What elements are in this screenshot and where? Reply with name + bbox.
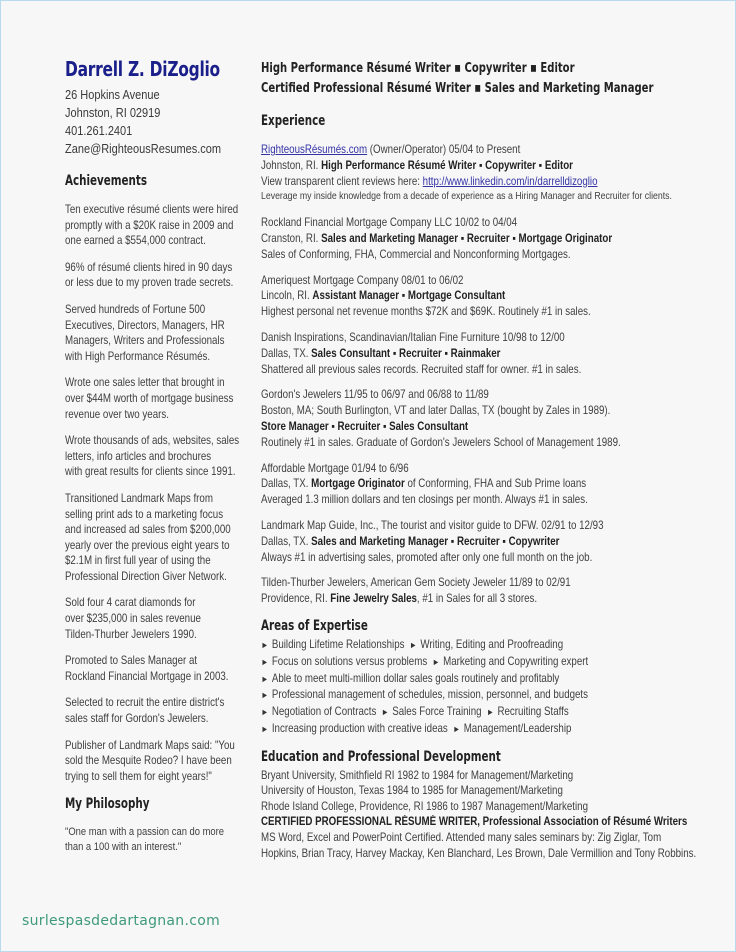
expertise-list: ►Building Lifetime Relationships►Writing… <box>261 637 731 738</box>
expertise-line: ►Increasing production with creative ide… <box>261 721 656 738</box>
achievement-item: Promoted to Sales Manager atRockland Fin… <box>65 653 257 684</box>
candidate-name: Darrell Z. DiZoglio <box>65 56 228 82</box>
certification: CERTIFIED PROFESSIONAL RÉSUMÉ WRITER, Pr… <box>261 814 656 830</box>
bullet-triangle-icon: ► <box>261 707 268 717</box>
achievement-item: Selected to recruit the entire district'… <box>65 695 257 726</box>
job-role: Mortgage Originator <box>311 477 405 490</box>
job-description: Routinely #1 in sales. Graduate of Gordo… <box>261 436 621 449</box>
bullet-triangle-icon: ► <box>410 640 417 650</box>
job-location: Boston, MA; South Burlington, VT and lat… <box>261 404 610 417</box>
bullet-triangle-icon: ► <box>381 707 388 717</box>
achievements-heading: Achievements <box>65 172 221 190</box>
contact-block: 26 Hopkins Avenue Johnston, RI 02919 401… <box>65 86 255 158</box>
job-location: Dallas, TX. <box>261 535 311 548</box>
achievement-item: Publisher of Landmark Maps said: "Yousol… <box>65 738 257 785</box>
job-description: Sales of Conforming, FHA, Commercial and… <box>261 248 571 261</box>
company-and-dates: Ameriquest Mortgage Company 08/01 to 06/… <box>261 274 463 287</box>
expertise-heading: Areas of Expertise <box>261 617 646 635</box>
company-and-dates: Rockland Financial Mortgage Company LLC … <box>261 216 517 229</box>
expertise-item: Sales Force Training <box>392 705 481 718</box>
company-website-link[interactable]: RighteousRésumés.com <box>261 143 367 156</box>
bullet-triangle-icon: ► <box>261 690 268 700</box>
title-line-2: Certified Professional Résumé Writer ▪ S… <box>261 78 646 98</box>
expertise-line: ►Building Lifetime Relationships►Writing… <box>261 637 656 654</box>
title-line-1: High Performance Résumé Writer ▪ Copywri… <box>261 58 646 78</box>
job-role: Sales and Marketing Manager ▪ Recruiter … <box>311 535 559 548</box>
achievement-item: Wrote thousands of ads, websites, salesl… <box>65 433 257 480</box>
achievements-list: Ten executive résumé clients were hiredp… <box>65 202 255 784</box>
job-entry: Ameriquest Mortgage Company 08/01 to 06/… <box>261 273 731 320</box>
expertise-item: Focus on solutions versus problems <box>272 655 427 668</box>
expertise-item: Writing, Editing and Proofreading <box>420 638 563 651</box>
achievement-item: Wrote one sales letter that brought inov… <box>65 375 257 422</box>
bullet-triangle-icon: ► <box>453 724 460 734</box>
bullet-triangle-icon: ► <box>432 657 439 667</box>
company-and-dates: Affordable Mortgage 01/94 to 6/96 <box>261 462 409 475</box>
expertise-line: ►Negotiation of Contracts►Sales Force Tr… <box>261 704 656 721</box>
job-role: High Performance Résumé Writer ▪ Copywri… <box>321 159 573 172</box>
job-location: Lincoln, RI. <box>261 289 312 302</box>
job-role: Sales Consultant ▪ Recruiter ▪ Rainmaker <box>311 347 500 360</box>
company-and-dates: Danish Inspirations, Scandinavian/Italia… <box>261 331 565 344</box>
education-item: University of Houston, Texas 1984 to 198… <box>261 783 656 799</box>
education-item: Rhode Island College, Providence, RI 198… <box>261 799 656 815</box>
job-entry: Tilden-Thurber Jewelers, American Gem So… <box>261 575 731 607</box>
philosophy-heading: My Philosophy <box>65 795 221 813</box>
achievement-item: Ten executive résumé clients were hiredp… <box>65 202 257 249</box>
job-entry: Gordon's Jewelers 11/95 to 06/97 and 06/… <box>261 387 731 450</box>
job-entry: RighteousRésumés.com (Owner/Operator) 05… <box>261 142 731 205</box>
job-role: Store Manager ▪ Recruiter ▪ Sales Consul… <box>261 420 468 433</box>
company-and-dates: Gordon's Jewelers 11/95 to 06/97 and 06/… <box>261 388 489 401</box>
expertise-line: ►Focus on solutions versus problems►Mark… <box>261 654 656 671</box>
philosophy-quote-line-1: "One man with a passion can do more <box>65 825 225 840</box>
expertise-item: Management/Leadership <box>464 722 572 735</box>
job-location: Dallas, TX. <box>261 347 311 360</box>
right-column: High Performance Résumé Writer ▪ Copywri… <box>261 58 731 861</box>
education-list: Bryant University, Smithfield RI 1982 to… <box>261 768 731 862</box>
job-entry: Danish Inspirations, Scandinavian/Italia… <box>261 330 731 377</box>
achievement-item: Sold four 4 carat diamonds forover $235,… <box>65 595 257 642</box>
bullet-triangle-icon: ► <box>487 707 494 717</box>
bullet-triangle-icon: ► <box>261 640 268 650</box>
achievement-item: Transitioned Landmark Maps fromselling p… <box>65 491 257 585</box>
experience-heading: Experience <box>261 112 646 130</box>
job-description: Averaged 1.3 million dollars and ten clo… <box>261 493 588 506</box>
city: Johnston, RI 02919 <box>65 104 232 122</box>
education-extra: MS Word, Excel and PowerPoint Certified.… <box>261 830 656 846</box>
company-and-dates: Landmark Map Guide, Inc., The tourist an… <box>261 519 603 532</box>
achievement-item: 96% of résumé clients hired in 90 daysor… <box>65 260 257 291</box>
bullet-triangle-icon: ► <box>261 657 268 667</box>
bullet-triangle-icon: ► <box>261 674 268 684</box>
education-extra: Hopkins, Brian Tracy, Harvey Mackay, Ken… <box>261 846 656 862</box>
expertise-item: Able to meet multi-million dollar sales … <box>272 672 559 685</box>
company-and-dates: Tilden-Thurber Jewelers, American Gem So… <box>261 576 571 589</box>
expertise-item: Building Lifetime Relationships <box>272 638 405 651</box>
job-location: Dallas, TX. <box>261 477 311 490</box>
email: Zane@RighteousResumes.com <box>65 140 232 158</box>
job-role: Assistant Manager ▪ Mortgage Consultant <box>312 289 505 302</box>
phone: 401.261.2401 <box>65 122 232 140</box>
job-entry: Landmark Map Guide, Inc., The tourist an… <box>261 518 731 565</box>
address: 26 Hopkins Avenue <box>65 86 232 104</box>
linkedin-link[interactable]: http://www.linkedin.com/in/darrelldizogl… <box>423 175 598 188</box>
job-entry: Affordable Mortgage 01/94 to 6/96Dallas,… <box>261 461 731 508</box>
achievement-item: Served hundreds of Fortune 500Executives… <box>65 302 257 364</box>
education-item: Bryant University, Smithfield RI 1982 to… <box>261 768 656 784</box>
education-heading: Education and Professional Development <box>261 748 646 766</box>
job-location: Cranston, RI. <box>261 232 321 245</box>
job-role: Fine Jewelry Sales <box>330 592 417 605</box>
philosophy-quote-line-2: than a 100 with an interest." <box>65 840 225 855</box>
expertise-item: Marketing and Copywriting expert <box>443 655 588 668</box>
job-role: Sales and Marketing Manager ▪ Recruiter … <box>321 232 612 245</box>
job-description: Shattered all previous sales records. Re… <box>261 363 581 376</box>
left-column: Darrell Z. DiZoglio 26 Hopkins Avenue Jo… <box>65 56 255 855</box>
job-description: Highest personal net revenue months $72K… <box>261 305 591 318</box>
watermark: surlespasdedartagnan.com <box>22 913 220 929</box>
expertise-item: Negotiation of Contracts <box>272 705 376 718</box>
job-entry: Rockland Financial Mortgage Company LLC … <box>261 215 731 262</box>
expertise-item: Professional management of schedules, mi… <box>272 688 588 701</box>
job-location: Providence, RI. <box>261 592 330 605</box>
expertise-line: ►Able to meet multi-million dollar sales… <box>261 671 656 688</box>
expertise-item: Increasing production with creative idea… <box>272 722 448 735</box>
expertise-line: ►Professional management of schedules, m… <box>261 687 656 704</box>
job-description: Always #1 in advertising sales, promoted… <box>261 551 592 564</box>
bullet-triangle-icon: ► <box>261 724 268 734</box>
expertise-item: Recruiting Staffs <box>497 705 568 718</box>
